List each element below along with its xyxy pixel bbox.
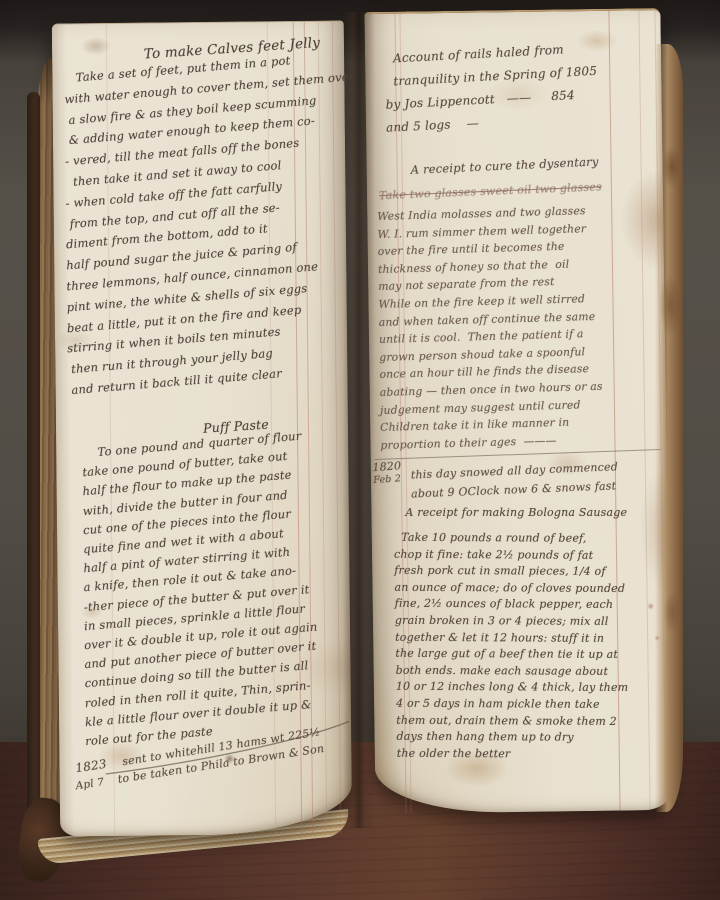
right-page: Account of rails haled from tranquility … bbox=[364, 8, 671, 814]
footnote-date: Apl 7 bbox=[75, 776, 105, 792]
handwritten-line: chop it fine: take 2½ pounds of fat bbox=[394, 546, 662, 564]
handwritten-line: fresh pork cut in small pieces, 1/4 of bbox=[394, 563, 662, 581]
handwritten-line: Take 10 pounds a round of beef, bbox=[394, 530, 662, 548]
book-page-edges-right bbox=[655, 44, 683, 812]
handwritten-line: grain broken in 3 or 4 pieces; mix all bbox=[395, 613, 663, 631]
recipe-title-dysentery-cure: A receipt to cure the dysentary bbox=[410, 153, 630, 177]
recipe-body-calves-feet-jelly: Take a set of feet, put them in a potwit… bbox=[64, 66, 343, 402]
handwritten-line: days then hang them up to dry bbox=[396, 729, 664, 747]
diary-entry-date-1820: 1820Feb 2 bbox=[372, 458, 414, 487]
recipe-body-bologna-sausage: Take 10 pounds a round of beef,chop it f… bbox=[394, 526, 665, 762]
entry-date: Feb 2 bbox=[373, 471, 414, 487]
struck-through-line: Take two glasses sweet oil two glasses bbox=[379, 179, 629, 202]
handwritten-line: fine, 2½ ounces of black pepper, each bbox=[395, 596, 663, 614]
handwritten-line: together & let it 12 hours: stuff it in bbox=[395, 629, 663, 647]
handwritten-line: the large gut of a beef then tie it up a… bbox=[395, 646, 663, 664]
book-spine-edge bbox=[27, 92, 40, 836]
left-page: To make Calves feet Jelly Take a set of … bbox=[52, 20, 352, 836]
ledger-footnote-1823: 1823sent to whitehill 13 hams wt 225½ Ap… bbox=[75, 757, 375, 795]
handwritten-line: an ounce of mace; do of cloves pounded bbox=[394, 580, 662, 598]
handwritten-line: them out, drain them & smoke them 2 bbox=[396, 712, 664, 730]
book-gutter-shadow bbox=[343, 12, 375, 828]
handwritten-line: both ends. make each sausage about bbox=[396, 662, 664, 680]
handwritten-line: 4 or 5 days in ham pickle then take bbox=[396, 696, 664, 714]
handwritten-line: 10 or 12 inches long & 4 thick, lay them bbox=[396, 679, 664, 697]
recipe-title-bologna-sausage: A receipt for making Bologna Sausage bbox=[405, 506, 635, 519]
diary-entry-snow-note: this day snowed all day commencedabout 9… bbox=[411, 462, 642, 503]
recipe-body-dysentery-cure: West India molasses and two glassesW. I.… bbox=[377, 204, 630, 454]
handwritten-line: the older the better bbox=[397, 745, 665, 763]
recipe-body-puff-paste: To one pound and quarter of flourtake on… bbox=[82, 441, 351, 751]
account-entry-rails-1805: Account of rails haled from tranquility … bbox=[385, 44, 652, 140]
